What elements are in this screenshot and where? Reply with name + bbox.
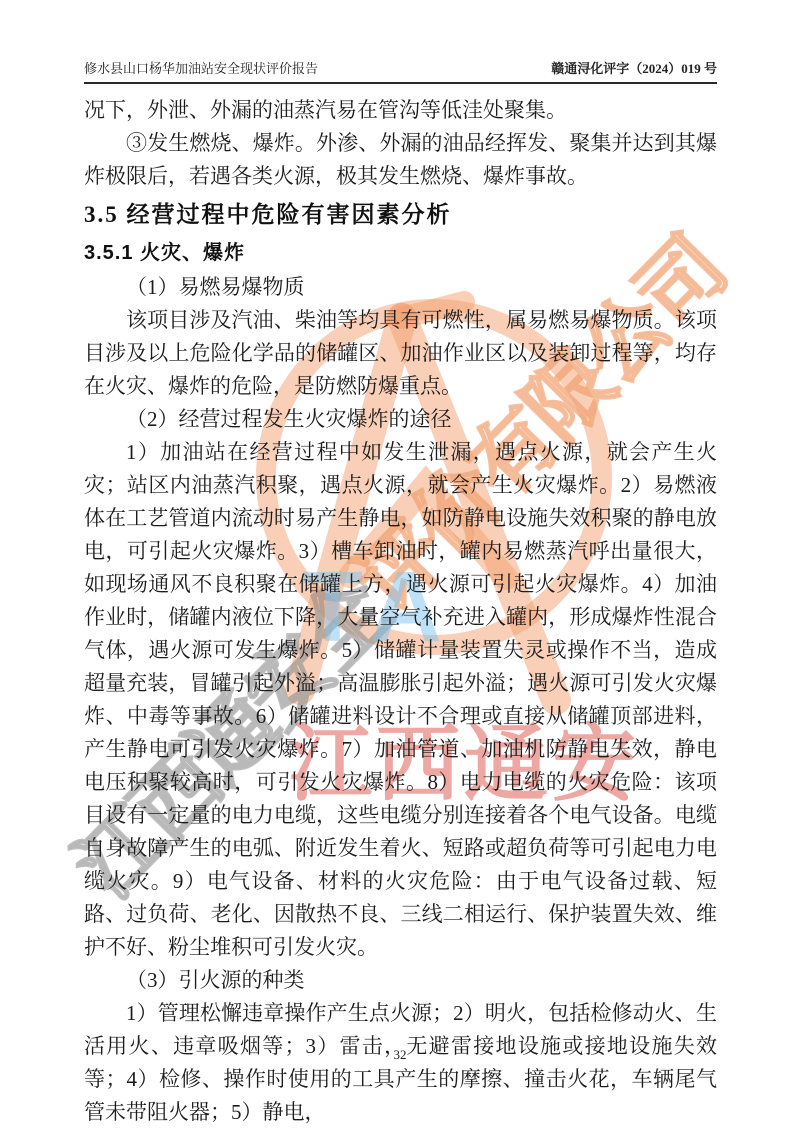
page-header: 修水县山口杨华加油站安全现状评价报告 赣通浔化评字（2024）019 号 [0, 0, 800, 77]
subsection-heading-3-5-1: 3.5.1 火灾、爆炸 [84, 235, 717, 271]
header-doc-number: 赣通浔化评字（2024）019 号 [551, 58, 717, 77]
section-heading-3-5: 3.5 经营过程中危险有害因素分析 [84, 195, 717, 235]
header-report-title: 修水县山口杨华加油站安全现状评价报告 [84, 58, 318, 77]
paragraph-ignition-sources: 1）管理松懈违章操作产生点火源；2）明火，包括检修动火、生活用火、违章吸烟等；3… [84, 997, 717, 1129]
paragraph-flammable-substances: 该项目涉及汽油、柴油等均具有可燃性，属易燃易爆物质。该项目涉及以上危险化学品的储… [84, 304, 717, 403]
paragraph-vapor-accumulation: 况下，外泄、外漏的油蒸汽易在管沟等低洼处聚集。 [84, 94, 717, 127]
item-2-title: （2）经营过程发生火灾爆炸的途径 [84, 403, 717, 436]
document-body: 况下，外泄、外漏的油蒸汽易在管沟等低洼处聚集。 ③发生燃烧、爆炸。外渗、外漏的油… [0, 84, 800, 1129]
item-3-title: （3）引火源的种类 [84, 964, 717, 997]
document-content: 修水县山口杨华加油站安全现状评价报告 赣通浔化评字（2024）019 号 况下，… [0, 0, 800, 1129]
document-page: 江西通安全评价有限公司 TA 江西通安 修水县山口杨华加油站安全现状评价报告 赣… [0, 0, 800, 1131]
item-1-title: （1）易燃易爆物质 [84, 271, 717, 304]
paragraph-fire-explosion-paths: 1）加油站在经营过程中如发生泄漏，遇点火源，就会产生火灾；站区内油蒸汽积聚，遇点… [84, 436, 717, 964]
paragraph-combustion-explosion: ③发生燃烧、爆炸。外渗、外漏的油品经挥发、聚集并达到其爆炸极限后，若遇各类火源，… [84, 127, 717, 193]
page-number: 32 [394, 1047, 407, 1062]
page-footer: 32 [0, 1047, 800, 1063]
